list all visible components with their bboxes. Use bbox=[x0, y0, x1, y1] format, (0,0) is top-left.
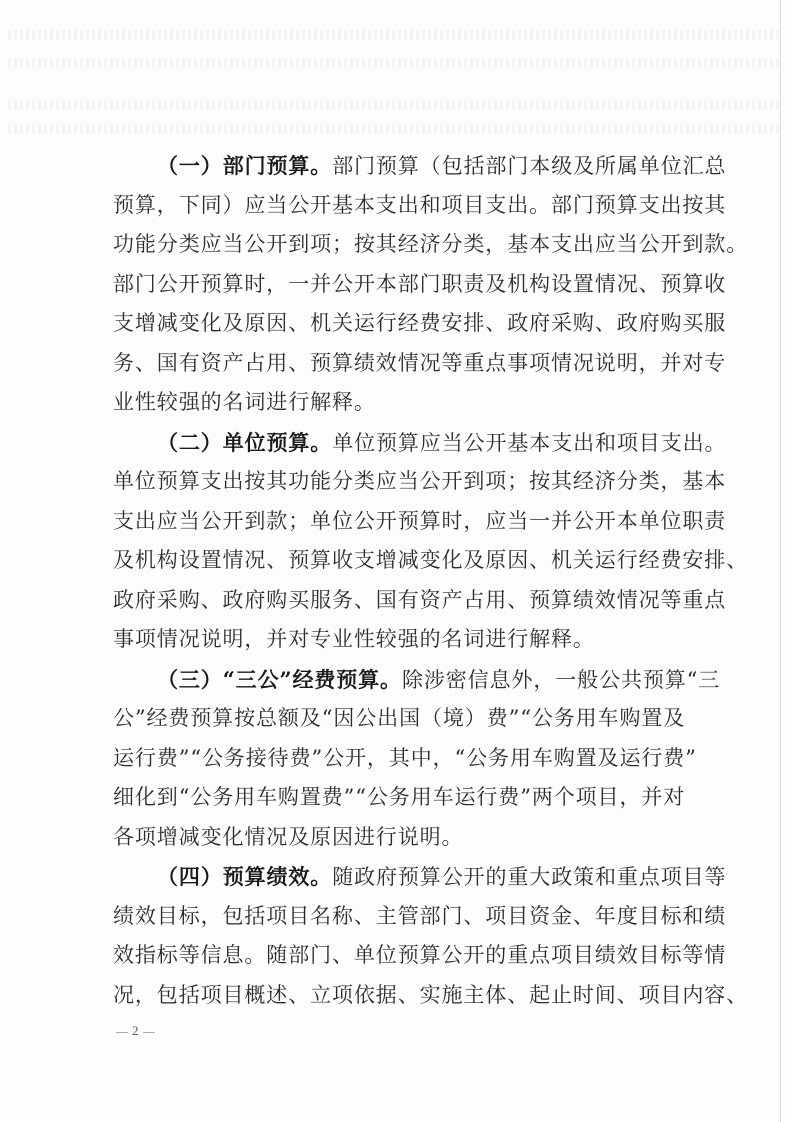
paragraph-text: 除涉密信息外，一般公共预算“三 bbox=[402, 668, 720, 692]
scan-bleed-through bbox=[8, 124, 779, 134]
paragraph-line: 及机构设置情况、预算收支增减变化及原因、机关运行经费安排、 bbox=[113, 541, 688, 581]
scan-bleed-through bbox=[8, 30, 779, 40]
scan-bleed-through bbox=[8, 100, 779, 110]
paragraph-line: 公”经费预算按总额及“因公出国（境）费”“公务用车购置及 bbox=[113, 699, 688, 739]
paragraph-line: 预算，下同）应当公开基本支出和项目支出。部门预算支出按其 bbox=[113, 186, 688, 226]
scan-edge-line bbox=[780, 0, 781, 1122]
section-2-first-line: （二）单位预算。单位预算应当公开基本支出和项目支出。 bbox=[113, 423, 688, 463]
paragraph-line: 功能分类应当公开到项；按其经济分类，基本支出应当公开到款。 bbox=[113, 225, 688, 265]
paragraph-line: 运行费”“公务接待费”公开，其中，“公务用车购置及运行费” bbox=[113, 739, 688, 779]
section-3-first-line: （三）“三公”经费预算。除涉密信息外，一般公共预算“三 bbox=[113, 660, 688, 700]
section-heading: （二）单位预算。 bbox=[157, 430, 332, 455]
paragraph-text: 部门预算（包括部门本级及所属单位汇总 bbox=[332, 154, 726, 178]
paragraph-line: 政府采购、政府购买服务、国有资产占用、预算绩效情况等重点 bbox=[113, 581, 688, 621]
section-heading: （四）预算绩效。 bbox=[157, 864, 332, 889]
paragraph-line: 业性较强的名词进行解释。 bbox=[113, 383, 688, 423]
paragraph-line: 细化到“公务用车购置费”“公务用车运行费”两个项目，并对 bbox=[113, 778, 688, 818]
paragraph-line: 各项增减变化情况及原因进行说明。 bbox=[113, 818, 688, 858]
body-text: （一）部门预算。部门预算（包括部门本级及所属单位汇总 预算，下同）应当公开基本支… bbox=[113, 146, 688, 1015]
paragraph-line: 况，包括项目概述、立项依据、实施主体、起止时间、项目内容、 bbox=[113, 976, 688, 1016]
paragraph-line: 效指标等信息。随部门、单位预算公开的重点项目绩效目标等情 bbox=[113, 936, 688, 976]
paragraph-text: 随政府预算公开的重大政策和重点项目等 bbox=[332, 865, 726, 889]
scan-bleed-through bbox=[8, 58, 779, 68]
page-number-dash bbox=[116, 1032, 128, 1033]
paragraph-line: 事项情况说明，并对专业性较强的名词进行解释。 bbox=[113, 620, 688, 660]
page-number: 2 bbox=[112, 1023, 159, 1039]
section-heading: （三）“三公”经费预算。 bbox=[157, 667, 402, 692]
paragraph-line: 部门公开预算时，一并公开本部门职责及机构设置情况、预算收 bbox=[113, 265, 688, 305]
section-1-first-line: （一）部门预算。部门预算（包括部门本级及所属单位汇总 bbox=[113, 146, 688, 186]
paragraph-line: 务、国有资产占用、预算绩效情况等重点事项情况说明，并对专 bbox=[113, 344, 688, 384]
paragraph-text: 单位预算应当公开基本支出和项目支出。 bbox=[332, 431, 726, 455]
section-heading: （一）部门预算。 bbox=[157, 153, 332, 178]
paragraph-line: 支出应当公开到款；单位公开预算时，应当一并公开本单位职责 bbox=[113, 502, 688, 542]
section-4-first-line: （四）预算绩效。随政府预算公开的重大政策和重点项目等 bbox=[113, 857, 688, 897]
document-page: （一）部门预算。部门预算（包括部门本级及所属单位汇总 预算，下同）应当公开基本支… bbox=[0, 0, 793, 1122]
page-number-dash bbox=[143, 1032, 155, 1033]
paragraph-line: 单位预算支出按其功能分类应当公开到项；按其经济分类，基本 bbox=[113, 462, 688, 502]
paragraph-line: 支增减变化及原因、机关运行经费安排、政府采购、政府购买服 bbox=[113, 304, 688, 344]
paragraph-line: 绩效目标，包括项目名称、主管部门、项目资金、年度目标和绩 bbox=[113, 897, 688, 937]
page-number-value: 2 bbox=[132, 1023, 139, 1038]
